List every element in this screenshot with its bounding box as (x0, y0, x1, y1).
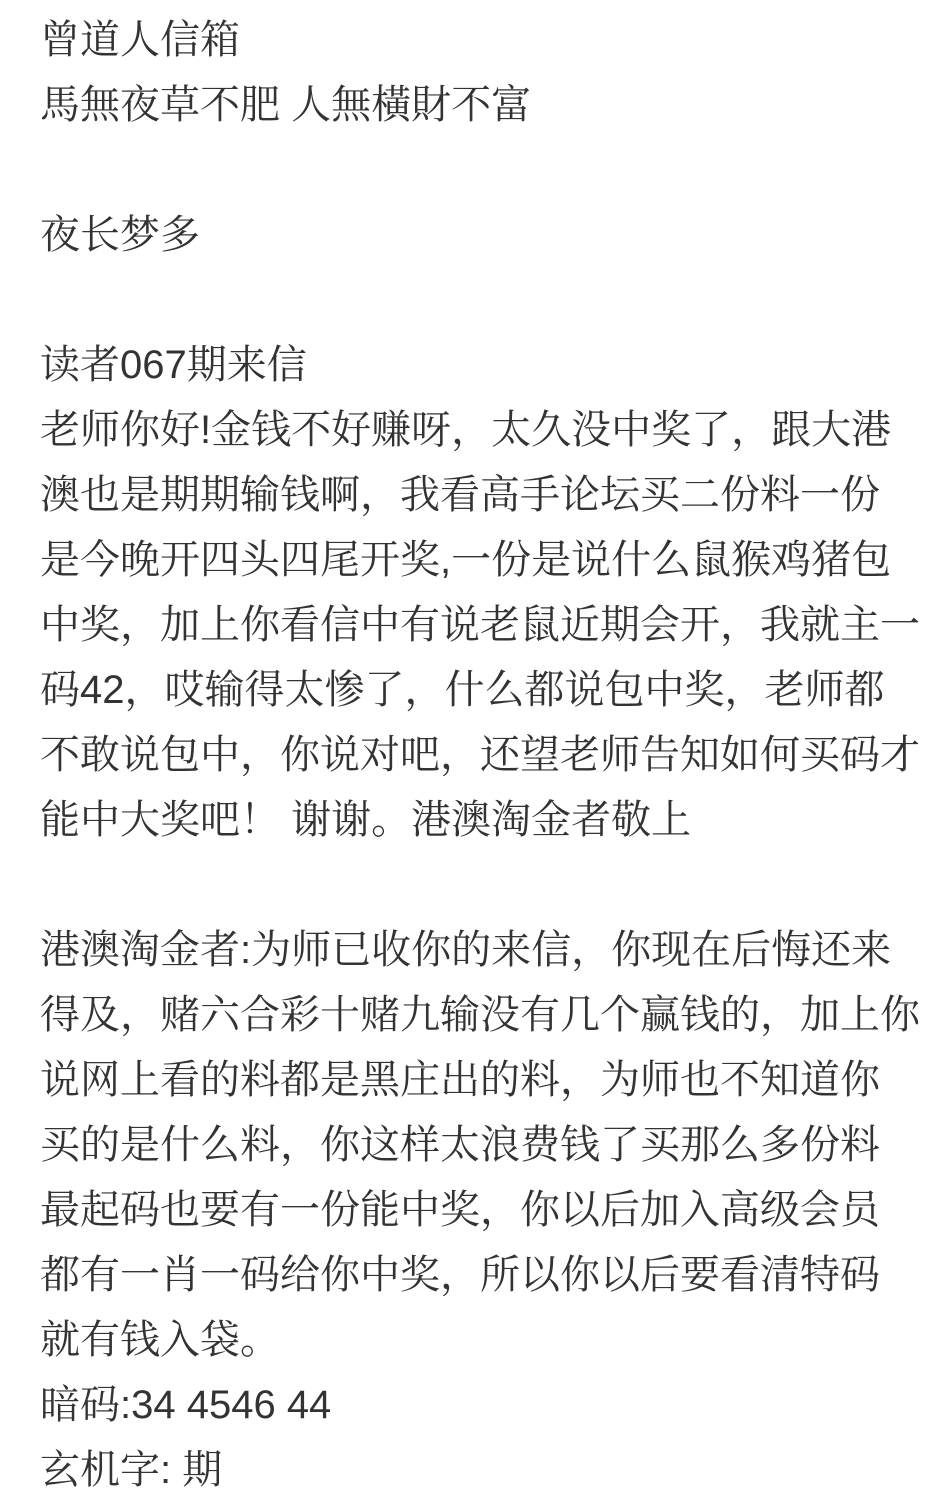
hint-phrase: 夜长梦多 (40, 203, 912, 268)
text-line: 不敢说包中，你说对吧，还望老师告知如何买码才 (40, 723, 912, 788)
text-line: 得及，赌六合彩十赌九输没有几个赢钱的，加上你 (40, 983, 912, 1048)
text-line: 最起码也要有一份能中奖，你以后加入高级会员 (40, 1178, 912, 1243)
text-line: 港澳淘金者:为师已收你的来信，你现在后悔还来 (40, 918, 912, 983)
text-line: 读者067期来信 (40, 333, 912, 398)
text-line: 能中大奖吧！ 谢谢。港澳淘金者敬上 (40, 788, 912, 853)
text-line: 就有钱入袋。 (40, 1308, 912, 1373)
text-line: 中奖，加上你看信中有说老鼠近期会开，我就主一 (40, 593, 912, 658)
text-line: 都有一肖一码给你中奖，所以你以后要看清特码 (40, 1243, 912, 1308)
text-line: 玄机字: 期 (40, 1438, 912, 1500)
text-line: 澳也是期期输钱啊，我看高手论坛买二份料一份 (40, 463, 912, 528)
text-line: 是今晚开四头四尾开奖,一份是说什么鼠猴鸡猪包 (40, 528, 912, 593)
master-reply: 港澳淘金者:为师已收你的来信，你现在后悔还来得及，赌六合彩十赌九输没有几个赢钱的… (40, 918, 912, 1500)
text-line: 曾道人信箱 (40, 8, 912, 73)
text-line: 老师你好!金钱不好赚呀，太久没中奖了，跟大港 (40, 398, 912, 463)
text-line: 买的是什么料，你这样太浪费钱了买那么多份料 (40, 1113, 912, 1178)
paragraph-container: 曾道人信箱馬無夜草不肥 人無橫財不富夜长梦多读者067期来信老师你好!金钱不好赚… (40, 8, 912, 1500)
text-line: 夜长梦多 (40, 203, 912, 268)
text-line: 馬無夜草不肥 人無橫財不富 (40, 73, 912, 138)
reader-letter: 读者067期来信老师你好!金钱不好赚呀，太久没中奖了，跟大港澳也是期期输钱啊，我… (40, 333, 912, 853)
header-block: 曾道人信箱馬無夜草不肥 人無橫財不富 (40, 8, 912, 138)
text-line: 说网上看的料都是黑庄出的料，为师也不知道你 (40, 1048, 912, 1113)
text-line: 码42，哎输得太惨了，什么都说包中奖，老师都 (40, 658, 912, 723)
article-page: 曾道人信箱馬無夜草不肥 人無橫財不富夜长梦多读者067期来信老师你好!金钱不好赚… (0, 0, 926, 1500)
text-line: 暗码:34 4546 44 (40, 1373, 912, 1438)
